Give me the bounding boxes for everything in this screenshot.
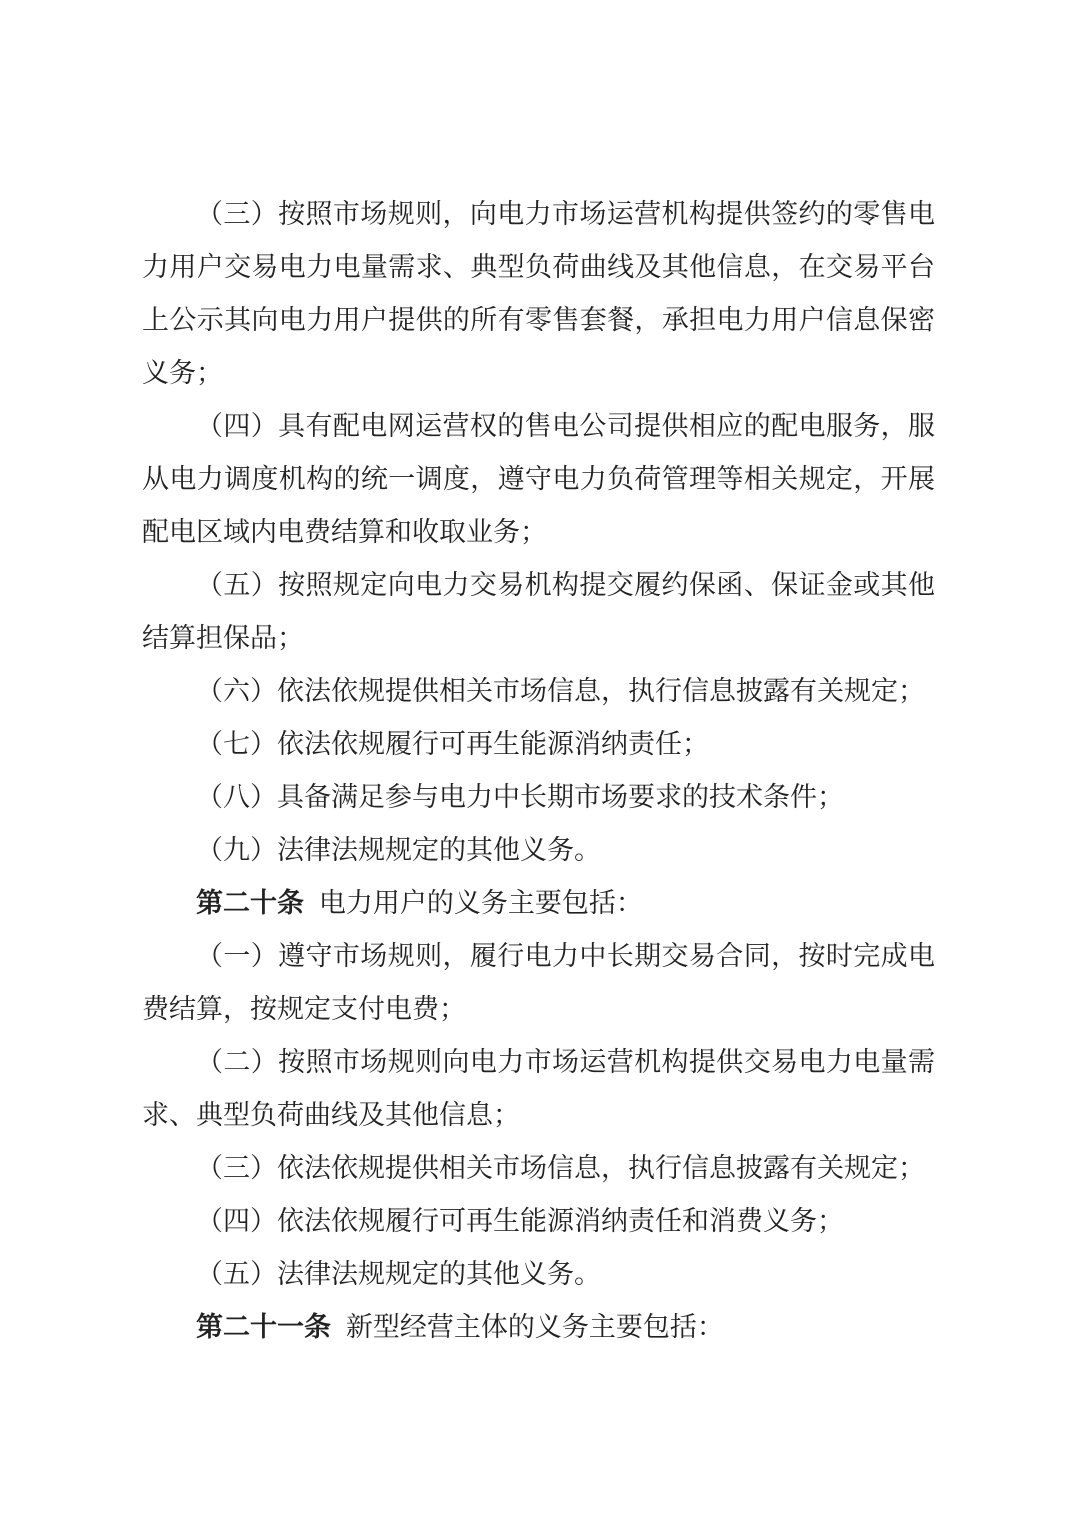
article-heading-20-text: 电力用户的义务主要包括： (319, 888, 643, 918)
article-number-20: 第二十条 (196, 888, 304, 918)
clause-item-5b: （五）法律法规规定的其他义务。 (142, 1248, 935, 1301)
document-page: （三）按照市场规则，向电力市场运营机构提供签约的零售电力用户交易电力电量需求、典… (0, 0, 1080, 1527)
clause-item-6: （六）依法依规提供相关市场信息，执行信息披露有关规定； (142, 665, 935, 718)
clause-item-4: （四）具有配电网运营权的售电公司提供相应的配电服务，服从电力调度机构的统一调度，… (142, 400, 935, 559)
article-number-21: 第二十一条 (196, 1312, 331, 1342)
clause-item-2: （二）按照市场规则向电力市场运营机构提供交易电力电量需求、典型负荷曲线及其他信息… (142, 1036, 935, 1142)
article-heading-21: 第二十一条新型经营主体的义务主要包括： (142, 1301, 935, 1354)
clause-item-7: （七）依法依规履行可再生能源消纳责任； (142, 718, 935, 771)
clause-item-1: （一）遵守市场规则，履行电力中长期交易合同，按时完成电费结算，按规定支付电费； (142, 930, 935, 1036)
clause-item-5: （五）按照规定向电力交易机构提交履约保函、保证金或其他结算担保品； (142, 559, 935, 665)
article-heading-21-text: 新型经营主体的义务主要包括： (346, 1312, 724, 1342)
clause-item-8: （八）具备满足参与电力中长期市场要求的技术条件； (142, 771, 935, 824)
article-heading-20: 第二十条电力用户的义务主要包括： (142, 877, 935, 930)
clause-item-9: （九）法律法规规定的其他义务。 (142, 824, 935, 877)
clause-item-4b: （四）依法依规履行可再生能源消纳责任和消费义务； (142, 1195, 935, 1248)
clause-item-3b: （三）依法依规提供相关市场信息，执行信息披露有关规定； (142, 1142, 935, 1195)
clause-item-3: （三）按照市场规则，向电力市场运营机构提供签约的零售电力用户交易电力电量需求、典… (142, 188, 935, 400)
